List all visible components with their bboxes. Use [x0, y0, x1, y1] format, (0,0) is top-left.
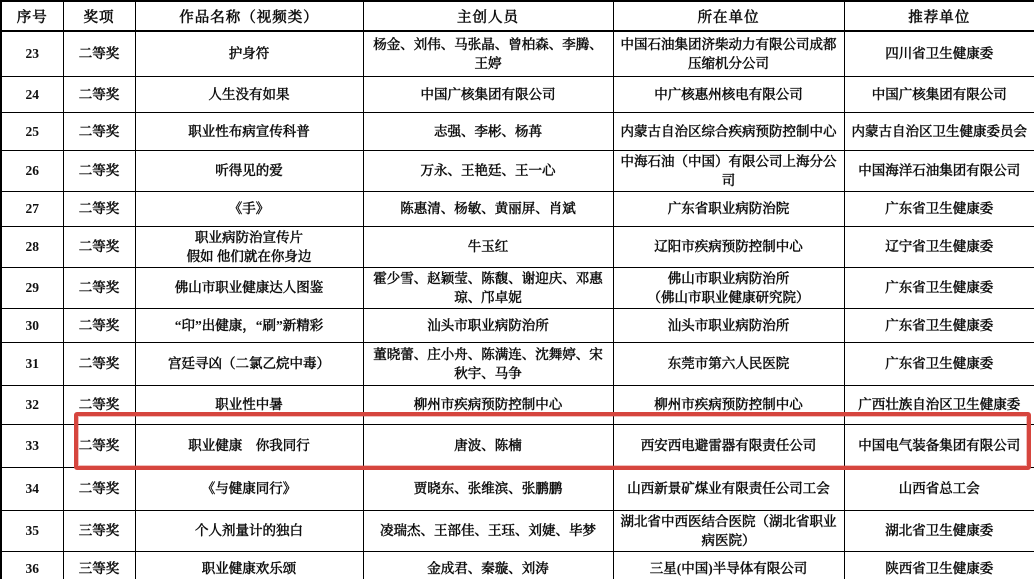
creators-cell: 万永、王艳廷、王一心	[363, 150, 613, 191]
unit-cell: 东莞市第六人民医院	[613, 342, 844, 385]
creators-cell: 柳州市疾病预防控制中心	[363, 385, 613, 424]
col-header-creators: 主创人员	[363, 1, 613, 31]
table-row: 23二等奖护身符杨金、刘伟、马张晶、曾柏森、李腾、王婷中国石油集团济柴动力有限公…	[1, 31, 1034, 76]
creators-cell: 霍少雪、赵颖莹、陈馥、谢迎庆、邓惠琼、邝卓妮	[363, 267, 613, 308]
table-row: 31二等奖宫廷寻凶（二氯乙烷中毒）董晓蕾、庄小舟、陈满连、沈舞婷、宋秋宇、马争东…	[1, 342, 1034, 385]
recommender-cell: 辽宁省卫生健康委	[844, 226, 1034, 267]
unit-cell: 中海石油（中国）有限公司上海分公司	[613, 150, 844, 191]
col-header-recommender: 推荐单位	[844, 1, 1034, 31]
award-cell: 二等奖	[63, 226, 135, 267]
work-title-cell: 个人剂量计的独白	[135, 510, 363, 551]
award-cell: 二等奖	[63, 424, 135, 467]
serial-number-cell: 31	[1, 342, 63, 385]
table-row: 25二等奖职业性布病宣传科普志强、李彬、杨苒内蒙古自治区综合疾病预防控制中心内蒙…	[1, 112, 1034, 150]
recommender-cell: 中国广核集团有限公司	[844, 76, 1034, 112]
unit-cell: 汕头市职业病防治所	[613, 308, 844, 342]
table-row: 27二等奖《手》陈惠清、杨敏、黄丽屏、肖斌广东省职业病防治院广东省卫生健康委	[1, 191, 1034, 226]
recommender-cell: 广东省卫生健康委	[844, 191, 1034, 226]
award-cell: 二等奖	[63, 342, 135, 385]
creators-cell: 中国广核集团有限公司	[363, 76, 613, 112]
unit-cell: 山西新景矿煤业有限责任公司工会	[613, 467, 844, 510]
creators-cell: 唐波、陈楠	[363, 424, 613, 467]
work-title-cell: 《与健康同行》	[135, 467, 363, 510]
table-row: 30二等奖“印”出健康，“刷”新精彩汕头市职业病防治所汕头市职业病防治所广东省卫…	[1, 308, 1034, 342]
work-title-cell: 佛山市职业健康达人图鉴	[135, 267, 363, 308]
col-header-award: 奖项	[63, 1, 135, 31]
award-cell: 二等奖	[63, 112, 135, 150]
awards-document-page: 序号 奖项 作品名称（视频类） 主创人员 所在单位 推荐单位 23二等奖护身符杨…	[0, 0, 1034, 579]
table-row: 34二等奖《与健康同行》贾晓东、张维滨、张鹏鹏山西新景矿煤业有限责任公司工会山西…	[1, 467, 1034, 510]
work-title-cell: 宫廷寻凶（二氯乙烷中毒）	[135, 342, 363, 385]
unit-cell: 中国石油集团济柴动力有限公司成都压缩机分公司	[613, 31, 844, 76]
unit-cell: 中广核惠州核电有限公司	[613, 76, 844, 112]
serial-number-cell: 26	[1, 150, 63, 191]
table-row: 36三等奖职业健康欢乐颂金成君、秦璇、刘涛三星(中国)半导体有限公司陕西省卫生健…	[1, 551, 1034, 579]
col-header-unit: 所在单位	[613, 1, 844, 31]
recommender-cell: 广东省卫生健康委	[844, 267, 1034, 308]
award-cell: 二等奖	[63, 150, 135, 191]
recommender-cell: 内蒙古自治区卫生健康委员会	[844, 112, 1034, 150]
serial-number-cell: 27	[1, 191, 63, 226]
work-title-cell: 职业病防治宣传片 假如 他们就在你身边	[135, 226, 363, 267]
award-cell: 二等奖	[63, 308, 135, 342]
recommender-cell: 广西壮族自治区卫生健康委	[844, 385, 1034, 424]
recommender-cell: 广东省卫生健康委	[844, 308, 1034, 342]
table-row: 26二等奖听得见的爱万永、王艳廷、王一心中海石油（中国）有限公司上海分公司中国海…	[1, 150, 1034, 191]
award-cell: 三等奖	[63, 510, 135, 551]
unit-cell: 辽阳市疾病预防控制中心	[613, 226, 844, 267]
table-row: 35三等奖个人剂量计的独白凌瑞杰、王部佳、王珏、刘婕、毕梦湖北省中西医结合医院（…	[1, 510, 1034, 551]
serial-number-cell: 28	[1, 226, 63, 267]
work-title-cell: 职业性布病宣传科普	[135, 112, 363, 150]
col-header-serial-number: 序号	[1, 1, 63, 31]
award-cell: 二等奖	[63, 76, 135, 112]
award-cell: 二等奖	[63, 31, 135, 76]
table-row: 24二等奖人生没有如果中国广核集团有限公司中广核惠州核电有限公司中国广核集团有限…	[1, 76, 1034, 112]
work-title-cell: 职业健康 你我同行	[135, 424, 363, 467]
unit-cell: 三星(中国)半导体有限公司	[613, 551, 844, 579]
creators-cell: 汕头市职业病防治所	[363, 308, 613, 342]
work-title-cell: 护身符	[135, 31, 363, 76]
table-row: 29二等奖佛山市职业健康达人图鉴霍少雪、赵颖莹、陈馥、谢迎庆、邓惠琼、邝卓妮佛山…	[1, 267, 1034, 308]
table-row: 28二等奖职业病防治宣传片 假如 他们就在你身边牛玉红辽阳市疾病预防控制中心辽宁…	[1, 226, 1034, 267]
unit-cell: 佛山市职业病防治所 （佛山市职业健康研究院）	[613, 267, 844, 308]
col-header-work-title: 作品名称（视频类）	[135, 1, 363, 31]
work-title-cell: 职业性中暑	[135, 385, 363, 424]
work-title-cell: 人生没有如果	[135, 76, 363, 112]
serial-number-cell: 33	[1, 424, 63, 467]
unit-cell: 湖北省中西医结合医院（湖北省职业病医院）	[613, 510, 844, 551]
unit-cell: 广东省职业病防治院	[613, 191, 844, 226]
award-cell: 三等奖	[63, 551, 135, 579]
serial-number-cell: 25	[1, 112, 63, 150]
award-cell: 二等奖	[63, 191, 135, 226]
serial-number-cell: 32	[1, 385, 63, 424]
awards-table: 序号 奖项 作品名称（视频类） 主创人员 所在单位 推荐单位 23二等奖护身符杨…	[0, 0, 1034, 579]
work-title-cell: 职业健康欢乐颂	[135, 551, 363, 579]
unit-cell: 柳州市疾病预防控制中心	[613, 385, 844, 424]
creators-cell: 金成君、秦璇、刘涛	[363, 551, 613, 579]
serial-number-cell: 36	[1, 551, 63, 579]
serial-number-cell: 29	[1, 267, 63, 308]
creators-cell: 牛玉红	[363, 226, 613, 267]
table-row: 33二等奖职业健康 你我同行唐波、陈楠西安西电避雷器有限责任公司中国电气装备集团…	[1, 424, 1034, 467]
unit-cell: 西安西电避雷器有限责任公司	[613, 424, 844, 467]
serial-number-cell: 30	[1, 308, 63, 342]
serial-number-cell: 24	[1, 76, 63, 112]
work-title-cell: 听得见的爱	[135, 150, 363, 191]
recommender-cell: 四川省卫生健康委	[844, 31, 1034, 76]
creators-cell: 陈惠清、杨敏、黄丽屏、肖斌	[363, 191, 613, 226]
table-row: 32二等奖职业性中暑柳州市疾病预防控制中心柳州市疾病预防控制中心广西壮族自治区卫…	[1, 385, 1034, 424]
creators-cell: 凌瑞杰、王部佳、王珏、刘婕、毕梦	[363, 510, 613, 551]
recommender-cell: 中国海洋石油集团有限公司	[844, 150, 1034, 191]
award-cell: 二等奖	[63, 267, 135, 308]
award-cell: 二等奖	[63, 467, 135, 510]
creators-cell: 杨金、刘伟、马张晶、曾柏森、李腾、王婷	[363, 31, 613, 76]
header-row: 序号 奖项 作品名称（视频类） 主创人员 所在单位 推荐单位	[1, 1, 1034, 31]
recommender-cell: 广东省卫生健康委	[844, 342, 1034, 385]
recommender-cell: 湖北省卫生健康委	[844, 510, 1034, 551]
work-title-cell: 《手》	[135, 191, 363, 226]
recommender-cell: 中国电气装备集团有限公司	[844, 424, 1034, 467]
unit-cell: 内蒙古自治区综合疾病预防控制中心	[613, 112, 844, 150]
recommender-cell: 山西省总工会	[844, 467, 1034, 510]
serial-number-cell: 34	[1, 467, 63, 510]
serial-number-cell: 35	[1, 510, 63, 551]
work-title-cell: “印”出健康，“刷”新精彩	[135, 308, 363, 342]
recommender-cell: 陕西省卫生健康委	[844, 551, 1034, 579]
award-cell: 二等奖	[63, 385, 135, 424]
creators-cell: 贾晓东、张维滨、张鹏鹏	[363, 467, 613, 510]
creators-cell: 志强、李彬、杨苒	[363, 112, 613, 150]
serial-number-cell: 23	[1, 31, 63, 76]
creators-cell: 董晓蕾、庄小舟、陈满连、沈舞婷、宋秋宇、马争	[363, 342, 613, 385]
